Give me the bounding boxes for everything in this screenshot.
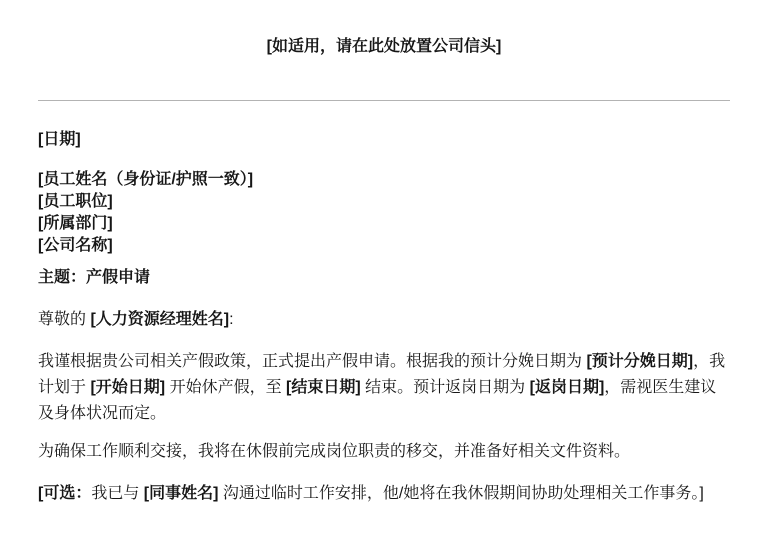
maternity-leave-letter-document: [如适用，请在此处放置公司信头] [日期] [员工姓名（身份证/护照一致）][员…	[0, 0, 768, 537]
recipient-name-placeholder: [人力资源经理姓名]	[90, 311, 229, 328]
optional-text-1: 我已与	[91, 485, 143, 502]
sender-company-line: [公司名称]	[38, 235, 730, 257]
salutation-prefix: 尊敬的	[38, 311, 90, 328]
request-text-1: 我谨根据贵公司相关产假政策，正式提出产假申请。根据我的预计分娩日期为	[38, 353, 586, 370]
salutation-suffix: :	[229, 311, 233, 328]
sender-department-line: [所属部门]	[38, 213, 730, 235]
colleague-name-placeholder: [同事姓名]	[144, 485, 219, 502]
letterhead-placeholder: [如适用，请在此处放置公司信头]	[38, 34, 730, 60]
date-placeholder: [日期]	[38, 127, 730, 153]
sender-name-line: [员工姓名（身份证/护照一致）]	[38, 169, 730, 191]
end-date-placeholder: [结束日期]	[286, 379, 361, 396]
optional-text-2: 沟通过临时工作安排，他/她将在我休假期间协助处理相关工作事务。]	[218, 485, 703, 502]
subject-line: 主题：产假申请	[38, 265, 730, 291]
sender-position-line: [员工职位]	[38, 191, 730, 213]
optional-label: [可选：	[38, 485, 91, 502]
optional-paragraph: [可选：我已与 [同事姓名] 沟通过临时工作安排，他/她将在我休假期间协助处理相…	[38, 481, 730, 507]
letterhead-divider	[38, 100, 730, 101]
start-date-placeholder: [开始日期]	[90, 379, 165, 396]
due-date-placeholder: [预计分娩日期]	[586, 353, 693, 370]
request-paragraph: 我谨根据贵公司相关产假政策，正式提出产假申请。根据我的预计分娩日期为 [预计分娩…	[38, 349, 730, 427]
request-text-3: 开始休产假，至	[165, 379, 286, 396]
sender-block: [员工姓名（身份证/护照一致）][员工职位][所属部门][公司名称]	[38, 169, 730, 257]
handover-paragraph: 为确保工作顺利交接，我将在休假前完成岗位职责的移交，并准备好相关文件资料。	[38, 439, 730, 465]
salutation-line: 尊敬的 [人力资源经理姓名]:	[38, 307, 730, 333]
request-text-4: 结束。预计返岗日期为	[361, 379, 530, 396]
return-date-placeholder: [返岗日期]	[530, 379, 605, 396]
